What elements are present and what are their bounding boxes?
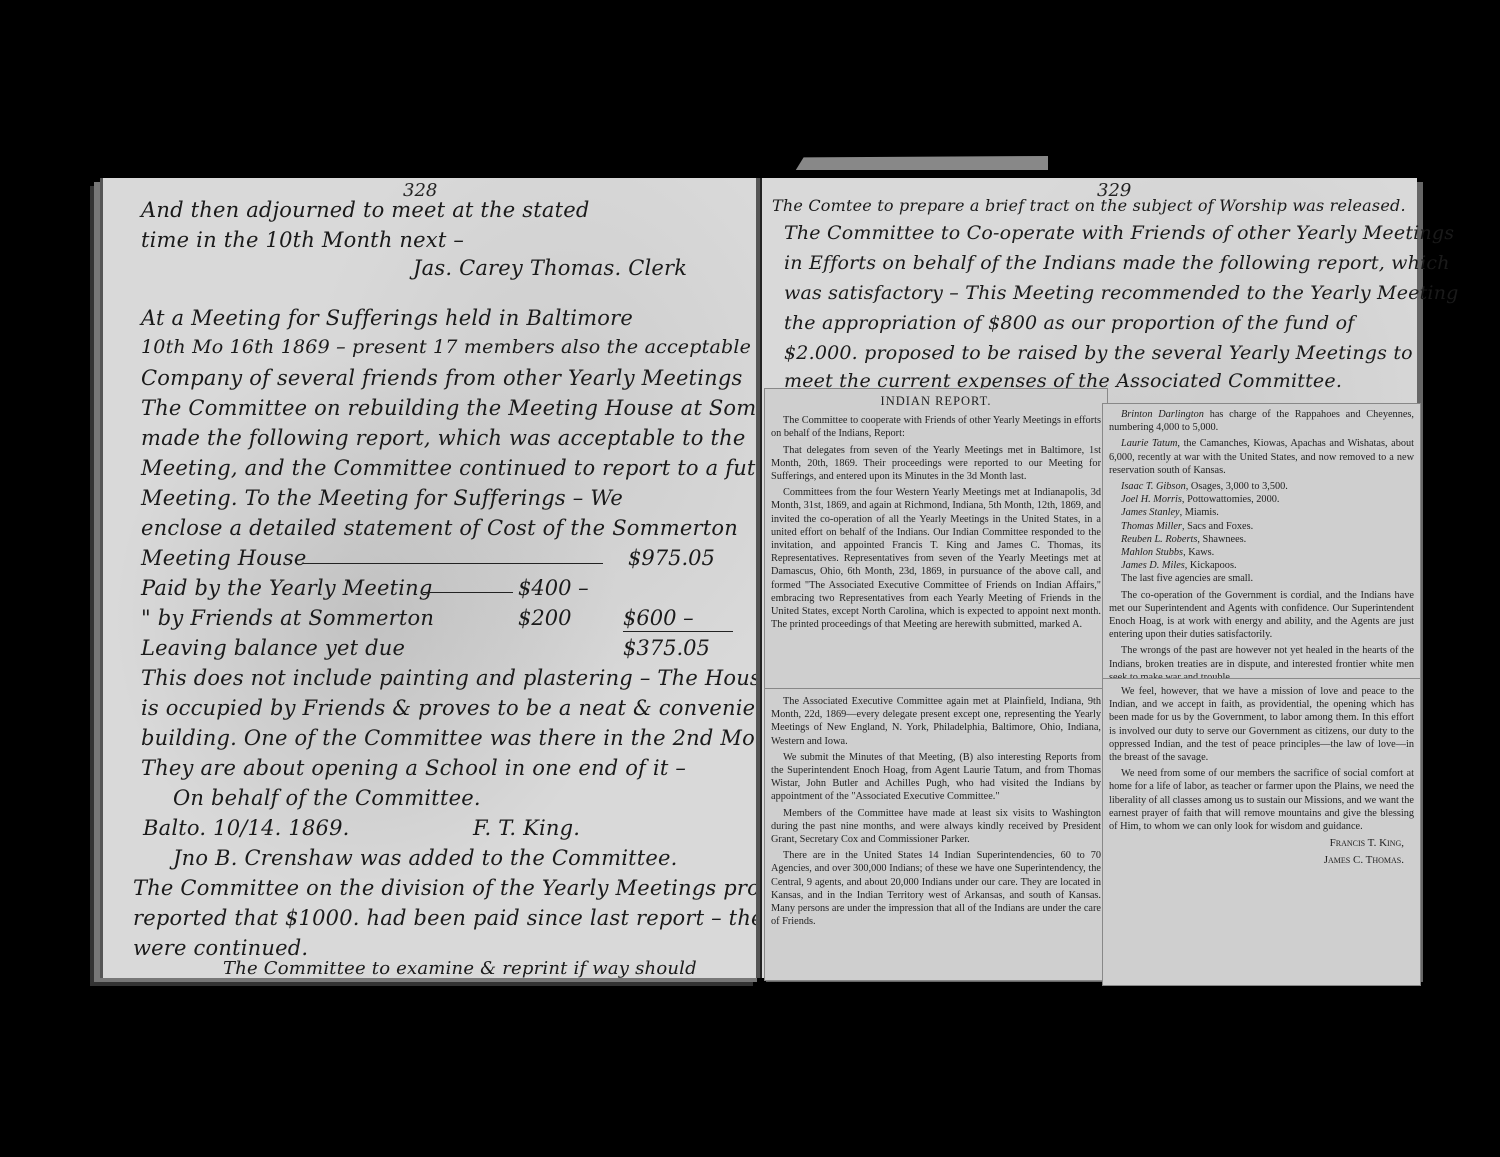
handwritten-line: was satisfactory – This Meeting recommen… (784, 282, 1459, 304)
handwritten-line: Meeting. To the Meeting for Sufferings –… (141, 486, 623, 510)
agent-name: James Stanley (1121, 507, 1180, 518)
clipping-paragraph: That delegates from seven of the Yearly … (771, 444, 1101, 484)
agent-name: James D. Miles (1121, 560, 1185, 571)
agent-tribe: , Pottowattomies, 2000. (1182, 494, 1280, 505)
handwritten-line: Company of several friends from other Ye… (141, 366, 743, 390)
handwritten-line: were continued. (133, 936, 308, 960)
handwritten-line: $2.000. proposed to be raised by the sev… (784, 342, 1413, 364)
agent-name: Brinton Darlington (1121, 409, 1204, 420)
agent-name: Reuben L. Roberts (1121, 534, 1197, 545)
clipping-paragraph: The Committee to cooperate with Friends … (771, 414, 1101, 440)
clipping-paragraph: The Associated Executive Committee again… (771, 695, 1101, 748)
clipping-title: INDIAN REPORT. (771, 395, 1101, 408)
newspaper-clipping-col2-lower: We feel, however, that we have a mission… (1102, 678, 1421, 986)
handwritten-line: the appropriation of $800 as our proport… (784, 312, 1354, 334)
agent-entry: Thomas Miller, Sacs and Foxes. (1109, 520, 1414, 533)
agent-entry: Mahlon Stubbs, Kaws. (1109, 546, 1414, 559)
sum-rule (623, 631, 733, 632)
agent-name: Laurie Tatum (1121, 438, 1177, 449)
torn-page-strip (788, 156, 1048, 170)
signature-francis-king: Francis T. King, (1109, 836, 1414, 850)
agent-entry: James Stanley, Miamis. (1109, 506, 1414, 519)
ledger-balance: $375.05 (623, 636, 710, 660)
newspaper-clipping-col1-lower: The Associated Executive Committee again… (764, 688, 1108, 981)
handwritten-line: made the following report, which was acc… (141, 426, 745, 450)
agent-entry: Joel H. Morris, Pottowattomies, 2000. (1109, 493, 1414, 506)
clipping-paragraph: The last five agencies are small. (1109, 572, 1414, 585)
clipping-paragraph: Members of the Committee have made at le… (771, 807, 1101, 847)
handwritten-line: is occupied by Friends & proves to be a … (141, 696, 778, 720)
open-minute-book: 328 And then adjourned to meet at the st… (88, 178, 1428, 988)
agent-entry: Brinton Darlington has charge of the Rap… (1109, 408, 1414, 434)
handwritten-line: They are about opening a School in one e… (141, 756, 686, 780)
signature: F. T. King. (473, 816, 580, 840)
ledger-paid-total: $600 – (623, 606, 694, 630)
handwritten-line: The Comtee to prepare a brief tract on t… (772, 196, 1406, 215)
agent-name: Thomas Miller (1121, 521, 1182, 532)
handwritten-line: At a Meeting for Sufferings held in Balt… (141, 306, 633, 330)
handwritten-line: The Committee on the division of the Yea… (133, 876, 817, 900)
agent-name: Mahlon Stubbs (1121, 547, 1183, 558)
agent-tribe: , Miamis. (1180, 507, 1219, 518)
ledger-label: Leaving balance yet due (141, 636, 405, 660)
handwritten-line: Meeting, and the Committee continued to … (141, 456, 792, 480)
leader-line (423, 592, 513, 593)
handwritten-line: reported that $1000. had been paid since… (133, 906, 776, 930)
handwritten-line: On behalf of the Committee. (173, 786, 481, 810)
ledger-paid-yearly: $400 – (518, 576, 589, 600)
date-line: Balto. 10/14. 1869. (143, 816, 350, 840)
ledger-paid-friends: $200 (518, 606, 571, 630)
clipping-paragraph: There are in the United States 14 Indian… (771, 849, 1101, 928)
handwritten-line: The Committee on rebuilding the Meeting … (141, 396, 814, 420)
clipping-paragraph: The co-operation of the Government is co… (1109, 589, 1414, 642)
handwritten-line: in Efforts on behalf of the Indians made… (784, 252, 1450, 274)
agent-entry: Reuben L. Roberts, Shawnees. (1109, 533, 1414, 546)
newspaper-clipping-col2: Brinton Darlington has charge of the Rap… (1102, 403, 1421, 679)
clerk-signature: Jas. Carey Thomas. Clerk (413, 256, 687, 280)
clipping-paragraph: Committees from the four Western Yearly … (771, 486, 1101, 631)
agent-entry: Laurie Tatum, the Camanches, Kiowas, Apa… (1109, 437, 1414, 477)
ledger-label: Meeting House (141, 546, 306, 570)
signature-james-thomas: James C. Thomas. (1109, 853, 1414, 867)
newspaper-clipping-col1: INDIAN REPORT. The Committee to cooperat… (764, 388, 1108, 720)
agent-entry: Isaac T. Gibson, Osages, 3,000 to 3,500. (1109, 480, 1414, 493)
agent-tribe: , Osages, 3,000 to 3,500. (1186, 481, 1288, 492)
handwritten-line: enclose a detailed statement of Cost of … (141, 516, 738, 540)
agent-entry: James D. Miles, Kickapoos. (1109, 559, 1414, 572)
handwritten-line: This does not include painting and plast… (141, 666, 774, 690)
clipping-paragraph: We need from some of our members the sac… (1109, 767, 1414, 833)
agent-tribe: , Kaws. (1183, 547, 1214, 558)
agent-name: Joel H. Morris (1121, 494, 1182, 505)
agent-tribe: , Sacs and Foxes. (1182, 521, 1253, 532)
handwritten-line: 10th Mo 16th 1869 – present 17 members a… (141, 336, 751, 358)
clipping-paragraph: We submit the Minutes of that Meeting, (… (771, 751, 1101, 804)
right-page: 329 The Comtee to prepare a brief tract … (760, 178, 1417, 978)
agent-tribe: , Shawnees. (1197, 534, 1246, 545)
left-page: 328 And then adjourned to meet at the st… (100, 178, 763, 978)
ledger-label: Paid by the Yearly Meeting (141, 576, 433, 600)
handwritten-line: The Committee to examine & reprint if wa… (223, 958, 697, 979)
leader-line (303, 563, 603, 564)
handwritten-line: The Committee to Co-operate with Friends… (784, 222, 1454, 244)
ledger-cost: $975.05 (628, 546, 715, 570)
clipping-paragraph: We feel, however, that we have a mission… (1109, 685, 1414, 764)
agent-name: Isaac T. Gibson (1121, 481, 1186, 492)
handwritten-line: building. One of the Committee was there… (141, 726, 798, 750)
handwritten-line: time in the 10th Month next – (141, 228, 464, 252)
handwritten-line: Jno B. Crenshaw was added to the Committ… (173, 846, 678, 870)
handwritten-line: And then adjourned to meet at the stated (141, 198, 590, 222)
agent-tribe: , Kickapoos. (1185, 560, 1237, 571)
ledger-label: " by Friends at Sommerton (141, 606, 434, 630)
